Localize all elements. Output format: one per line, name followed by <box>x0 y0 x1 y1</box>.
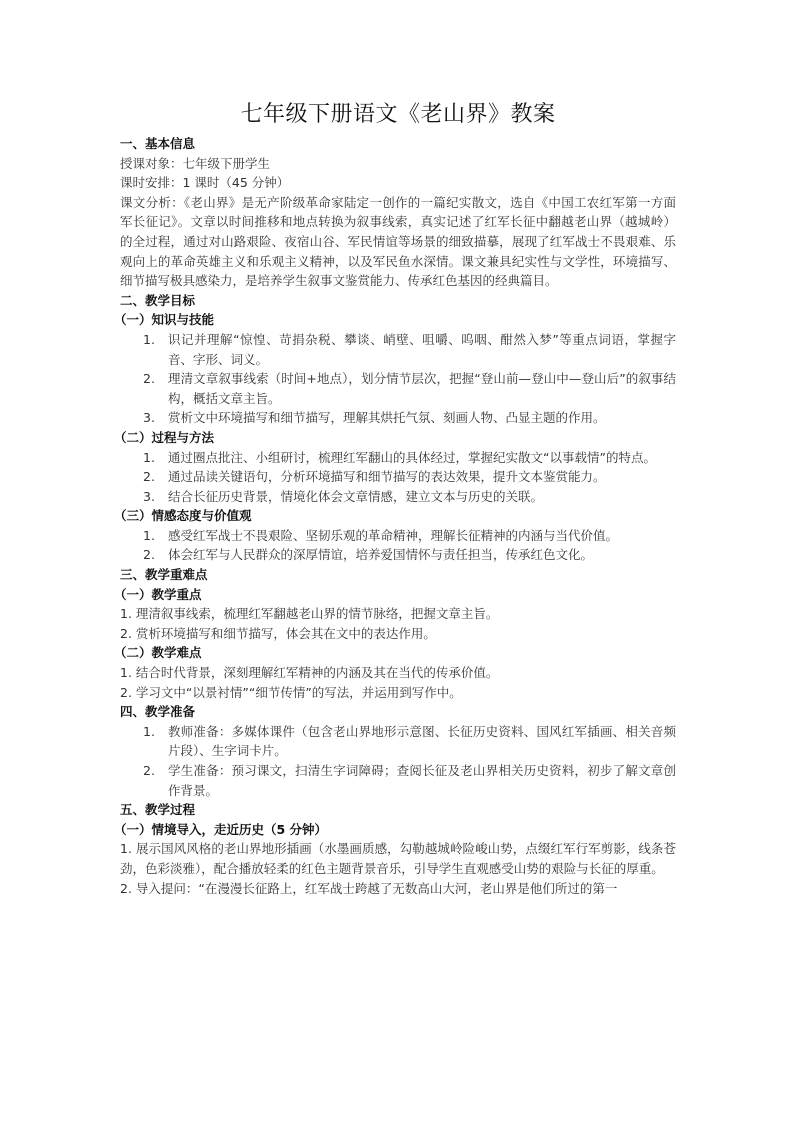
section-heading-preparation: 四、教学准备 <box>120 702 676 722</box>
list-number: 2. <box>120 369 168 408</box>
text-analysis-paragraph: 课文分析：《老山界》是无产阶级革命家陆定一创作的一篇纪实散文，选自《中国工农红军… <box>120 193 676 291</box>
list-text: 教师准备：多媒体课件（包含老山界地形示意图、长征历史资料、国风红军插画、相关音频… <box>168 722 676 761</box>
list-number: 1. <box>120 448 168 468</box>
list-number: 3. <box>120 408 168 428</box>
difficult-point-line: 2. 学习文中“以景衬情”“细节传情”的写法，并运用到写作中。 <box>120 683 676 703</box>
list-number: 1. <box>120 526 168 546</box>
list-text: 理清文章叙事线索（时间+地点），划分情节层次，把握“登山前—登山中—登山后”的叙… <box>168 369 676 408</box>
difficult-point-line: 1. 结合时代背景，深刻理解红军精神的内涵及其在当代的传承价值。 <box>120 663 676 683</box>
list-number: 1. <box>120 330 168 369</box>
list-text: 学生准备：预习课文，扫清生字词障碍；查阅长征及老山界相关历史资料，初步了解文章创… <box>168 761 676 800</box>
list-text: 通过品读关键语句，分析环境描写和细节描写的表达效果，提升文本鉴赏能力。 <box>168 467 676 487</box>
subheading-introduction: （一）情境导入，走近历史（5 分钟） <box>114 820 676 840</box>
key-point-line: 1. 理清叙事线索，梳理红军翻越老山界的情节脉络，把握文章主旨。 <box>120 604 676 624</box>
subheading-emotion-values: （三）情感态度与价值观 <box>114 506 676 526</box>
list-number: 3. <box>120 487 168 507</box>
schedule-line: 课时安排：1 课时（45 分钟） <box>120 173 676 193</box>
list-item: 1. 教师准备：多媒体课件（包含老山界地形示意图、长征历史资料、国风红军插画、相… <box>120 722 676 761</box>
section-heading-objectives: 二、教学目标 <box>120 291 676 311</box>
section-heading-key-difficult: 三、教学重难点 <box>120 565 676 585</box>
list-item: 3. 赏析文中环境描写和细节描写，理解其烘托气氛、刻画人物、凸显主题的作用。 <box>120 408 676 428</box>
list-item: 1. 通过圈点批注、小组研讨，梳理红军翻山的具体经过，掌握纪实散文“以事载情”的… <box>120 448 676 468</box>
list-item: 2. 体会红军与人民群众的深厚情谊，培养爱国情怀与责任担当，传承红色文化。 <box>120 545 676 565</box>
list-text: 感受红军战士不畏艰险、坚韧乐观的革命精神，理解长征精神的内涵与当代价值。 <box>168 526 676 546</box>
subheading-key-points: （一）教学重点 <box>114 585 676 605</box>
document-title: 七年级下册语文《老山界》教案 <box>120 98 676 132</box>
subheading-process-methods: （二）过程与方法 <box>114 428 676 448</box>
process-step-line: 1. 展示国风风格的老山界地形插画（水墨画质感，勾勒越城岭险峻山势，点缀红军行军… <box>120 839 676 878</box>
list-item: 2. 理清文章叙事线索（时间+地点），划分情节层次，把握“登山前—登山中—登山后… <box>120 369 676 408</box>
list-item: 3. 结合长征历史背景，情境化体会文章情感，建立文本与历史的关联。 <box>120 487 676 507</box>
section-heading-process: 五、教学过程 <box>120 800 676 820</box>
document-page: 七年级下册语文《老山界》教案 一、基本信息 授课对象：七年级下册学生 课时安排：… <box>120 98 676 898</box>
list-item: 2. 通过品读关键语句，分析环境描写和细节描写的表达效果，提升文本鉴赏能力。 <box>120 467 676 487</box>
list-number: 1. <box>120 722 168 761</box>
list-number: 2. <box>120 545 168 565</box>
list-text: 赏析文中环境描写和细节描写，理解其烘托气氛、刻画人物、凸显主题的作用。 <box>168 408 676 428</box>
subheading-difficult-points: （二）教学难点 <box>114 643 676 663</box>
key-point-line: 2. 赏析环境描写和细节描写，体会其在文中的表达作用。 <box>120 624 676 644</box>
subheading-knowledge-skills: （一）知识与技能 <box>114 310 676 330</box>
audience-line: 授课对象：七年级下册学生 <box>120 154 676 174</box>
section-heading-basic-info: 一、基本信息 <box>120 134 676 154</box>
list-text: 通过圈点批注、小组研讨，梳理红军翻山的具体经过，掌握纪实散文“以事载情”的特点。 <box>168 448 676 468</box>
list-text: 体会红军与人民群众的深厚情谊，培养爱国情怀与责任担当，传承红色文化。 <box>168 545 676 565</box>
list-item: 2. 学生准备：预习课文，扫清生字词障碍；查阅长征及老山界相关历史资料，初步了解… <box>120 761 676 800</box>
list-item: 1. 识记并理解“惊惶、苛捐杂税、攀谈、峭壁、咀嚼、呜咽、酣然入梦”等重点词语，… <box>120 330 676 369</box>
list-item: 1. 感受红军战士不畏艰险、坚韧乐观的革命精神，理解长征精神的内涵与当代价值。 <box>120 526 676 546</box>
process-step-line: 2. 导入提问：“在漫漫长征路上，红军战士跨越了无数高山大河，老山界是他们所过的… <box>120 879 676 899</box>
list-text: 结合长征历史背景，情境化体会文章情感，建立文本与历史的关联。 <box>168 487 676 507</box>
list-number: 2. <box>120 761 168 800</box>
list-text: 识记并理解“惊惶、苛捐杂税、攀谈、峭壁、咀嚼、呜咽、酣然入梦”等重点词语，掌握字… <box>168 330 676 369</box>
list-number: 2. <box>120 467 168 487</box>
